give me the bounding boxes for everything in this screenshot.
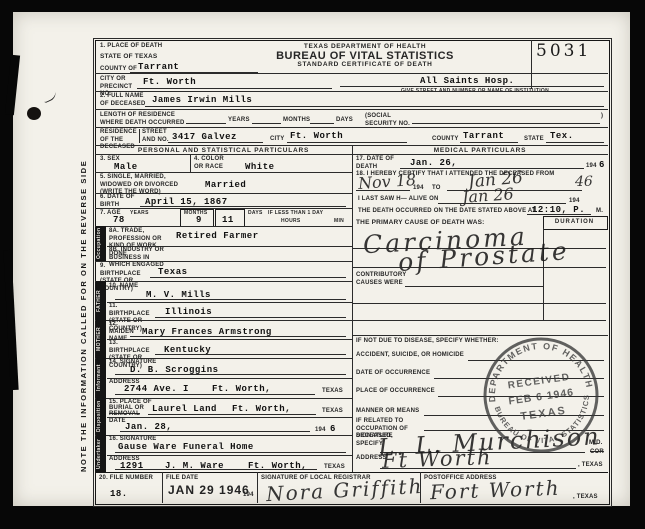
place-of-death-label: 1. PLACE OF DEATH — [100, 43, 162, 51]
dob-label: 6. DATE OF BIRTH — [100, 194, 140, 209]
county-value: Tarrant — [138, 62, 179, 72]
physician-addr-texas: , TEXAS — [578, 462, 603, 470]
informant-sig-line — [115, 374, 346, 375]
informant-addr-line — [115, 394, 315, 395]
days-label: DAYS — [336, 117, 353, 125]
line-p4 — [95, 226, 352, 227]
place-occ-label: PLACE OF OCCURRENCE — [356, 388, 435, 396]
informant-addr-city: Ft. Worth, — [212, 384, 271, 394]
line-row3 — [95, 109, 608, 110]
side-label-mother: MOTHER — [96, 320, 106, 358]
sex-value: Male — [114, 162, 138, 172]
burial-year-value: 6 — [330, 424, 336, 434]
full-name-value: James Irwin Mills — [152, 95, 252, 105]
street-value: 3417 Galvez — [172, 132, 237, 142]
time-line — [527, 214, 591, 215]
father-bp-value: Illinois — [165, 307, 212, 317]
file-date-year-pre: 194 — [243, 492, 254, 500]
birthplace-line — [150, 277, 346, 278]
cor-label: COR — [590, 449, 604, 457]
side-label-informant: Informant — [96, 358, 106, 398]
accident-label: ACCIDENT, SUICIDE, OR HOMICIDE — [356, 352, 464, 360]
column-divider — [352, 145, 353, 472]
file-date-stamp: JAN 29 1946 — [168, 483, 250, 497]
line-p12 — [107, 378, 352, 379]
dod-year: 6 — [599, 160, 605, 170]
county2-line — [460, 142, 518, 143]
line-p7 — [95, 281, 352, 282]
file-no-value: 18. — [110, 489, 128, 499]
meridiem-label: M. — [596, 208, 603, 216]
contributory-label: CONTRIBUTORY CAUSES WERE — [356, 272, 411, 287]
burial-place-value: Laurel Land — [152, 404, 217, 414]
full-name-line — [145, 106, 604, 107]
institution-line — [340, 86, 604, 87]
father-name-label: 10. NAME — [109, 283, 138, 291]
state2-label: STATE — [524, 136, 544, 144]
footer-div1 — [162, 472, 163, 503]
age-hours-label: HOURS — [281, 218, 301, 224]
res-len-label: LENGTH OF RESIDENCE WHERE DEATH OCCURRED — [100, 112, 185, 127]
burial-date-label: DATE — [109, 418, 126, 426]
months-label: MONTHS — [283, 117, 310, 125]
ssn-label: (SOCIAL SECURITY NO. — [365, 113, 410, 128]
years-label: YEARS — [228, 117, 250, 125]
age-years-label: YEARS — [130, 210, 149, 216]
line-p6 — [95, 261, 352, 262]
dod-value: Jan. 26, — [410, 158, 457, 168]
scan-edge-right — [630, 0, 645, 529]
stamp-state: TEXAS — [520, 405, 568, 423]
age-months-value: 9 — [196, 215, 202, 225]
received-stamp: DEPARTMENT OF HEALTH BUREAU OF VITAL STA… — [472, 326, 610, 464]
contributory-line1 — [405, 286, 543, 287]
cert-number-box-line — [531, 40, 532, 89]
mother-bp-line — [155, 354, 346, 355]
contributory-line3 — [352, 320, 606, 321]
city2-value: Ft. Worth — [290, 131, 343, 141]
line-p1 — [95, 172, 352, 173]
dob-line — [140, 206, 346, 207]
manner-label: MANNER OR MEANS — [356, 408, 419, 416]
age-less-label: IF LESS THAN 1 DAY — [268, 210, 323, 216]
contributory-line2 — [352, 303, 606, 304]
last-saw-label: I LAST SAW H— ALIVE ON — [358, 196, 439, 204]
burial-line — [148, 414, 316, 415]
city-line — [137, 88, 332, 89]
sex-color-divider — [190, 154, 191, 172]
county2-label: COUNTY — [432, 136, 459, 144]
burial-date-line — [120, 431, 310, 432]
line-row4 — [95, 127, 608, 128]
age-days-value: 11 — [222, 215, 234, 225]
father-name-line — [115, 299, 346, 300]
line-row2 — [95, 91, 608, 92]
undertaker-texas: TEXAS — [324, 464, 345, 472]
scan-edge-top — [0, 0, 645, 12]
undertaker-addr-line — [115, 469, 317, 470]
city-precinct-value: Ft. Worth — [143, 77, 196, 87]
len-line3 — [310, 123, 334, 124]
po-hand: Fort Worth — [430, 476, 561, 505]
scan-edge-bottom — [0, 506, 645, 529]
ink-blob — [27, 107, 41, 120]
scanned-death-certificate: NOTE THE INFORMATION CALLED FOR ON THE R… — [0, 0, 645, 529]
mother-name-line — [130, 336, 346, 337]
occurred-label: THE DEATH OCCURRED ON THE DATE STATED AB… — [358, 208, 536, 216]
cert-number: 5031 — [536, 41, 591, 61]
institution-value: All Saints Hosp. — [420, 76, 514, 86]
ssn-line — [412, 123, 600, 124]
age-min-label: MIN — [334, 218, 344, 224]
age-days-label: DAYS — [248, 210, 263, 216]
cause-line2 — [352, 267, 606, 268]
file-no-label: 20. FILE NUMBER — [99, 475, 153, 483]
certify-year-pre: 194 — [413, 185, 424, 193]
age-years-value: 78 — [113, 215, 125, 225]
marital-value: Married — [205, 180, 246, 190]
street-line — [168, 142, 263, 143]
duration-label: DURATION — [543, 219, 606, 227]
date-occ-label: DATE OF OCCURRENCE — [356, 370, 430, 378]
line-header-bottom — [95, 73, 608, 74]
certify-line1 — [356, 190, 410, 191]
state2-line — [546, 142, 604, 143]
state2-value: Tex. — [550, 131, 574, 141]
footer-top-line — [95, 472, 608, 473]
full-name-label: 2. FULL NAME OF DECEASED — [100, 93, 148, 108]
side-label-disposition: Disposition — [96, 398, 106, 435]
certify-to-year-hand: 46 — [575, 174, 593, 190]
color-value: White — [245, 162, 275, 172]
state-of-texas-label: STATE OF TEXAS — [100, 53, 157, 61]
ssn-close: ) — [601, 113, 603, 121]
burial-city-value: Ft. Worth, — [232, 404, 291, 414]
burial-year-pre: 194 — [315, 427, 326, 435]
father-bp-line — [155, 317, 346, 318]
dod-year-pre: 194 — [586, 163, 597, 171]
len-line2 — [252, 123, 281, 124]
county2-value: Tarrant — [463, 131, 504, 141]
residence-divider — [139, 129, 140, 143]
footer-div2 — [257, 472, 258, 503]
informant-addr-texas: TEXAS — [322, 388, 343, 396]
burial-texas: TEXAS — [322, 408, 343, 416]
physician-addr-line — [380, 468, 576, 469]
color-label: 4. COLOR OR RACE — [194, 156, 234, 171]
undertaker-sig-value: Gause Ware Funeral Home — [118, 442, 254, 452]
margin-note: NOTE THE INFORMATION CALLED FOR ON THE R… — [79, 142, 88, 472]
trade-value: Retired Farmer — [176, 231, 259, 241]
birthplace-value: Texas — [158, 267, 188, 277]
line-p16 — [107, 455, 352, 456]
side-label-father: FATHER — [96, 281, 106, 320]
len-line1 — [186, 123, 226, 124]
undertaker-sig-line — [115, 452, 346, 453]
line-p14 — [107, 417, 352, 418]
side-label-undertaker: Undertaker — [96, 435, 106, 472]
certify-to-label: TO — [432, 185, 441, 193]
dod-label: 17. DATE OF DEATH — [356, 156, 396, 171]
po-texas: , TEXAS — [573, 494, 598, 502]
last-saw-line — [438, 203, 566, 204]
file-date-label: FILE DATE — [166, 475, 198, 483]
dod-line — [400, 168, 584, 169]
city2-label: CITY — [270, 136, 284, 144]
side-label-occupation: Occupation — [96, 226, 106, 261]
footer-div3 — [420, 472, 421, 503]
informant-addr-value: 2744 Ave. I — [124, 384, 189, 394]
city2-line — [287, 142, 407, 143]
standard-title: STANDARD CERTIFICATE OF DEATH — [240, 61, 490, 69]
